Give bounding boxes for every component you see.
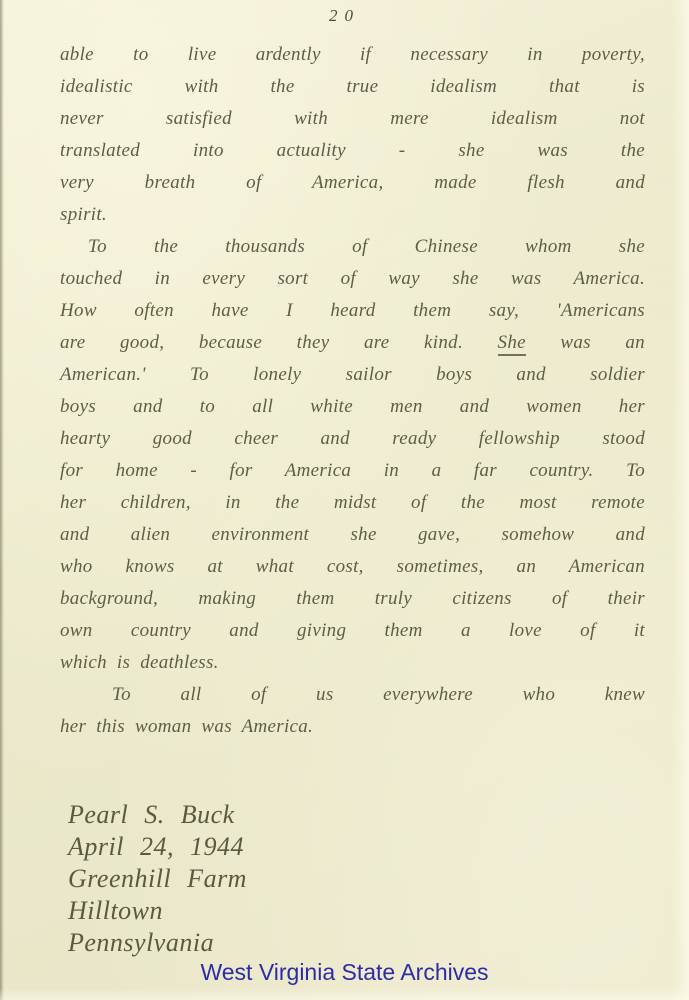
manuscript-line: American.' To lonely sailor boys and sol…: [60, 359, 645, 391]
manuscript-line: background, making them truly citizens o…: [60, 583, 645, 615]
manuscript-line: for home - for America in a far country.…: [60, 455, 645, 487]
scan-edge-right: [671, 0, 689, 1000]
signature-date: April 24, 1944: [68, 831, 247, 863]
manuscript-line: able to live ardently if necessary in po…: [60, 39, 645, 71]
scan-edge-left: [0, 0, 4, 1000]
manuscript-body: able to live ardently if necessary in po…: [60, 39, 645, 743]
manuscript-line: touched in every sort of way she was Ame…: [60, 263, 645, 295]
manuscript-line: and alien environment she gave, somehow …: [60, 519, 645, 551]
scan-edge-bottom: [0, 988, 689, 1000]
signature-address-state: Pennsylvania: [68, 927, 247, 959]
manuscript-line: her children, in the midst of the most r…: [60, 487, 645, 519]
line-segment: are good, because they are kind.: [60, 332, 498, 353]
archive-caption: West Virginia State Archives: [0, 959, 689, 986]
manuscript-page: 20 able to live ardently if necessary in…: [0, 0, 689, 1000]
manuscript-line: hearty good cheer and ready fellowship s…: [60, 423, 645, 455]
signature-name: Pearl S. Buck: [68, 799, 247, 831]
line-segment: was an: [526, 332, 645, 353]
manuscript-line: translated into actuality - she was the: [60, 135, 645, 167]
manuscript-line: very breath of America, made flesh and: [60, 167, 645, 199]
manuscript-line: To all of us everywhere who knew: [60, 679, 645, 711]
signature-address-farm: Greenhill Farm: [68, 863, 247, 895]
signature-address-town: Hilltown: [68, 895, 247, 927]
manuscript-line: which is deathless.: [60, 647, 645, 679]
manuscript-line: boys and to all white men and women her: [60, 391, 645, 423]
manuscript-line: idealistic with the true idealism that i…: [60, 71, 645, 103]
manuscript-line: own country and giving them a love of it: [60, 615, 645, 647]
manuscript-line: To the thousands of Chinese whom she: [60, 231, 645, 263]
page-number: 20: [0, 6, 689, 26]
manuscript-line: How often have I heard them say, 'Americ…: [60, 295, 645, 327]
signature-block: Pearl S. Buck April 24, 1944 Greenhill F…: [68, 799, 247, 959]
manuscript-line: who knows at what cost, sometimes, an Am…: [60, 551, 645, 583]
underlined-word: She: [498, 332, 526, 356]
manuscript-line: never satisfied with mere idealism not: [60, 103, 645, 135]
manuscript-line: spirit.: [60, 199, 645, 231]
manuscript-line: are good, because they are kind. She was…: [60, 327, 645, 359]
manuscript-line: her this woman was America.: [60, 711, 645, 743]
